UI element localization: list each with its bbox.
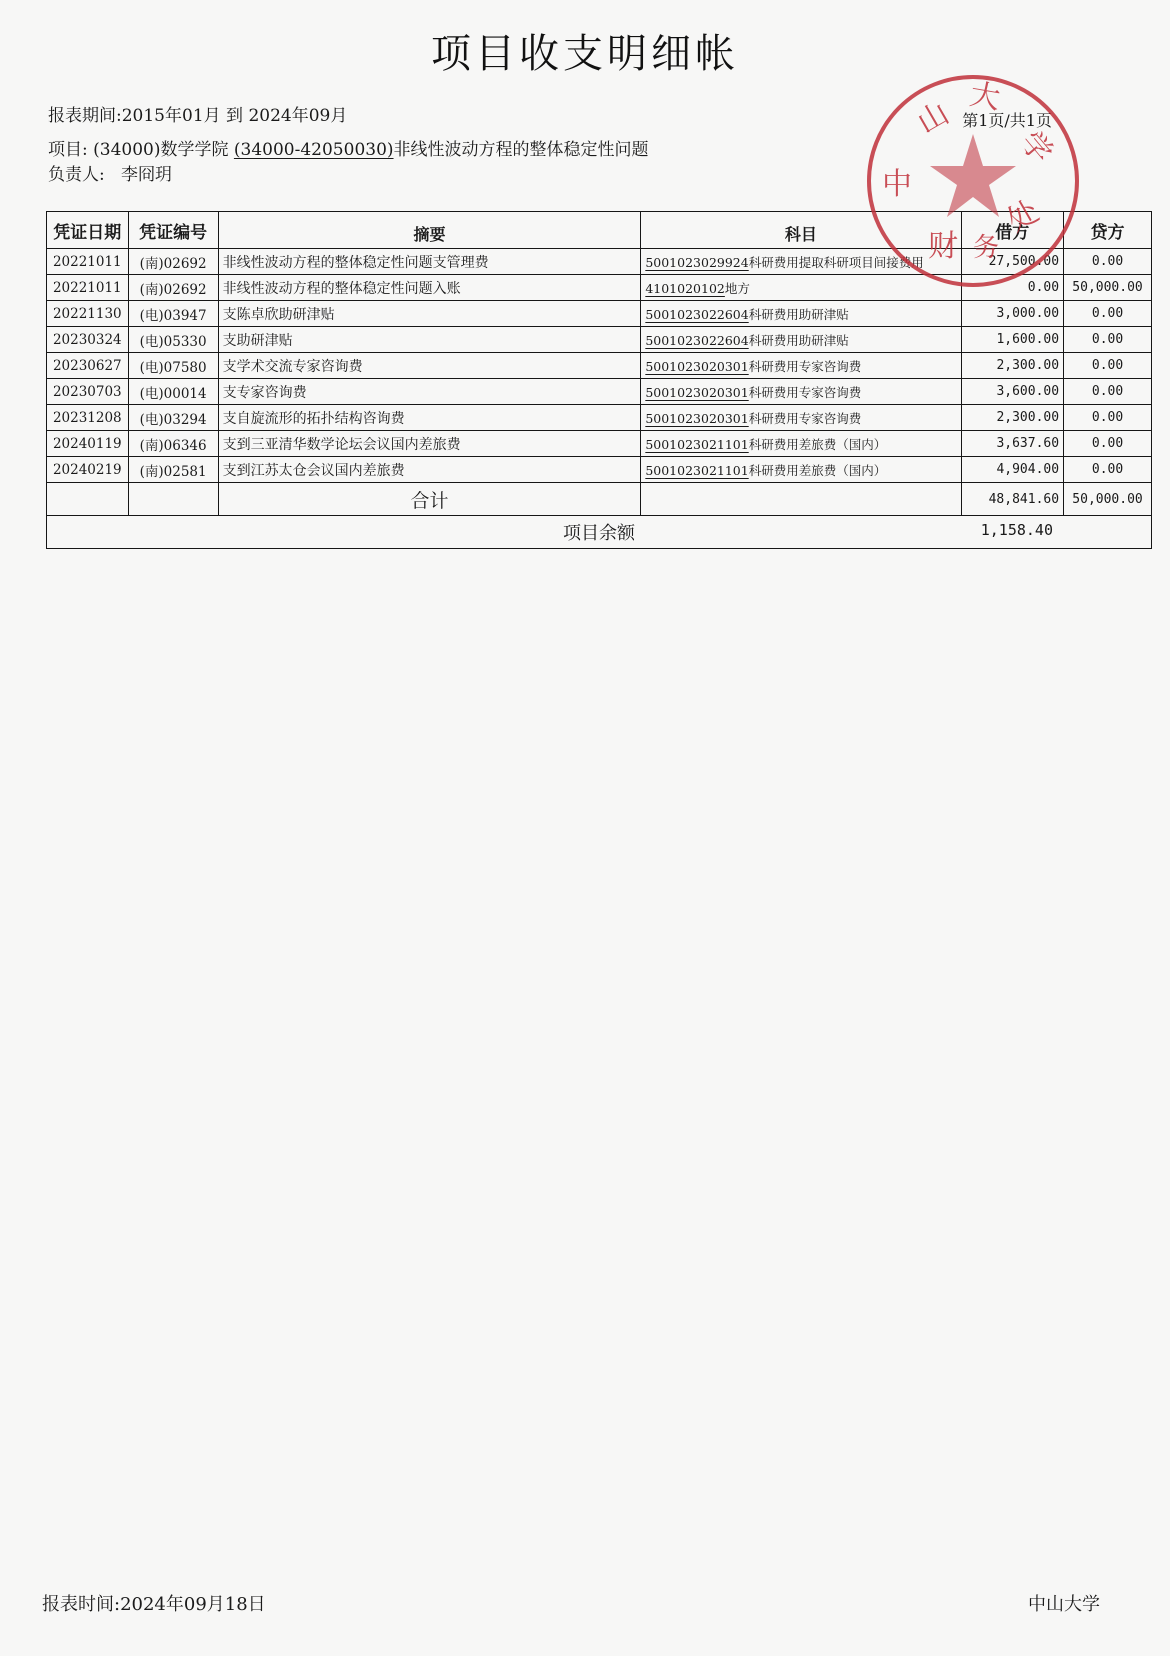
subject-code: 5001023022604 [645,307,748,322]
voucher-date: 20221011 [47,275,129,301]
credit-amount: 0.00 [1064,431,1152,457]
subject-name: 科研费用专家咨询费 [749,385,862,400]
header-voucher-no: 凭证编号 [128,212,218,249]
debit-amount: 3,000.00 [961,301,1064,327]
voucher-number: (南)02692 [128,275,218,301]
summary: 非线性波动方程的整体稳定性问题支管理费 [218,249,641,275]
ledger-body: 20221011(南)02692非线性波动方程的整体稳定性问题支管理费50010… [47,249,1152,483]
period-separator: 到 [226,106,243,126]
project-info: 项目: (34000)数学学院 (34000-42050030)非线性波动方程的… [48,135,649,160]
table-row: 20230324(电)05330支助研津贴5001023022604科研费用助研… [47,327,1152,353]
project-label: 项目: [48,140,88,160]
voucher-number: (电)03947 [128,301,218,327]
subject-code: 4101020102 [645,281,725,296]
svg-text:中: 中 [882,167,912,202]
table-row: 20221011(南)02692非线性波动方程的整体稳定性问题支管理费50010… [47,249,1152,275]
subject-name: 科研费用专家咨询费 [749,411,862,426]
voucher-number: (电)07580 [128,353,218,379]
credit-amount: 0.00 [1064,249,1152,275]
period-label: 报表期间: [48,106,122,126]
voucher-number: (南)02692 [128,249,218,275]
report-period: 报表期间:2015年01月 到 2024年09月 [48,101,347,126]
subject-name: 地方 [725,281,750,296]
period-to: 2024年09月 [248,106,347,126]
summary: 支专家咨询费 [218,379,641,405]
total-label: 合计 [218,483,641,516]
svg-text:山: 山 [912,96,955,141]
voucher-number: (电)03294 [128,405,218,431]
table-row: 20230627(电)07580支学术交流专家咨询费5001023020301科… [47,353,1152,379]
summary: 非线性波动方程的整体稳定性问题入账 [218,275,641,301]
balance-cell: 项目余额 1,158.40 [47,516,1152,549]
subject-code: 5001023021101 [645,463,748,478]
header-summary: 摘要 [218,212,641,249]
subject-code: 5001023029924 [645,255,748,270]
subject: 5001023021101科研费用差旅费（国内） [641,431,961,457]
voucher-number: (南)06346 [128,431,218,457]
subject-code: 5001023022604 [645,333,748,348]
total-empty-date [47,483,129,516]
subject: 5001023022604科研费用助研津贴 [641,327,961,353]
credit-amount: 0.00 [1064,457,1152,483]
total-debit: 48,841.60 [961,483,1064,516]
project-code: (34000-42050030) [234,140,394,160]
subject: 5001023022604科研费用助研津贴 [641,301,961,327]
voucher-date: 20230324 [47,327,129,353]
voucher-date: 20240219 [47,457,129,483]
debit-amount: 2,300.00 [961,353,1064,379]
summary: 支到江苏太仓会议国内差旅费 [218,457,641,483]
total-credit: 50,000.00 [1064,483,1152,516]
voucher-number: (南)02581 [128,457,218,483]
summary: 支到三亚清华数学论坛会议国内差旅费 [218,431,641,457]
debit-amount: 3,637.60 [961,431,1064,457]
header-subject: 科目 [641,212,961,249]
header-date: 凭证日期 [47,212,129,249]
total-empty-voucher [128,483,218,516]
voucher-date: 20230703 [47,379,129,405]
department: (34000)数学学院 [93,140,228,160]
subject-code: 5001023020301 [645,411,748,426]
debit-amount: 1,600.00 [961,327,1064,353]
owner-label: 负责人: [48,165,105,185]
subject: 5001023020301科研费用专家咨询费 [641,379,961,405]
balance-row: 项目余额 1,158.40 [47,516,1152,549]
subject-code: 5001023020301 [645,385,748,400]
header-credit: 贷方 [1064,212,1152,249]
voucher-date: 20230627 [47,353,129,379]
debit-amount: 3,600.00 [961,379,1064,405]
voucher-date: 20221011 [47,249,129,275]
voucher-date: 20240119 [47,431,129,457]
subject: 4101020102地方 [641,275,961,301]
credit-amount: 0.00 [1064,379,1152,405]
subject: 5001023020301科研费用专家咨询费 [641,405,961,431]
summary: 支学术交流专家咨询费 [218,353,641,379]
table-row: 20230703(电)00014支专家咨询费5001023020301科研费用专… [47,379,1152,405]
subject-name: 科研费用差旅费（国内） [749,463,887,478]
owner-name: 李冏玥 [121,165,172,185]
debit-amount: 2,300.00 [961,405,1064,431]
subject: 5001023020301科研费用专家咨询费 [641,353,961,379]
total-empty-subject [641,483,961,516]
subject-name: 科研费用专家咨询费 [749,359,862,374]
credit-amount: 0.00 [1064,405,1152,431]
total-row: 合计 48,841.60 50,000.00 [47,483,1152,516]
project-owner: 负责人: 李冏玥 [48,160,172,185]
table-row: 20221011(南)02692非线性波动方程的整体稳定性问题入账4101020… [47,275,1152,301]
summary: 支陈卓欣助研津贴 [218,301,641,327]
period-from: 2015年01月 [122,106,221,126]
page-info: 第1页/共1页 [962,108,1052,131]
voucher-date: 20231208 [47,405,129,431]
table-row: 20231208(电)03294支自旋流形的拓扑结构咨询费50010230203… [47,405,1152,431]
balance-value: 1,158.40 [981,521,1053,539]
ledger-table: 凭证日期 凭证编号 摘要 科目 借方 贷方 20221011(南)02692非线… [46,211,1152,549]
subject-name: 科研费用差旅费（国内） [749,437,887,452]
subject: 5001023021101科研费用差旅费（国内） [641,457,961,483]
voucher-number: (电)00014 [128,379,218,405]
summary: 支自旋流形的拓扑结构咨询费 [218,405,641,431]
project-name: 非线性波动方程的整体稳定性问题 [394,140,649,160]
table-row: 20221130(电)03947支陈卓欣助研津贴5001023022604科研费… [47,301,1152,327]
credit-amount: 0.00 [1064,327,1152,353]
credit-amount: 50,000.00 [1064,275,1152,301]
subject-code: 5001023020301 [645,359,748,374]
header-debit: 借方 [961,212,1064,249]
subject-name: 科研费用助研津贴 [749,307,849,322]
voucher-date: 20221130 [47,301,129,327]
institution-name: 中山大学 [1028,1590,1100,1616]
subject-name: 科研费用助研津贴 [749,333,849,348]
summary: 支助研津贴 [218,327,641,353]
subject: 5001023029924科研费用提取科研项目间接费用 [641,249,961,275]
credit-amount: 0.00 [1064,301,1152,327]
debit-amount: 27,500.00 [961,249,1064,275]
subject-name: 科研费用提取科研项目间接费用 [749,255,924,270]
subject-code: 5001023021101 [645,437,748,452]
table-header-row: 凭证日期 凭证编号 摘要 科目 借方 贷方 [47,212,1152,249]
table-row: 20240219(南)02581支到江苏太仓会议国内差旅费50010230211… [47,457,1152,483]
voucher-number: (电)05330 [128,327,218,353]
credit-amount: 0.00 [1064,353,1152,379]
table-row: 20240119(南)06346支到三亚清华数学论坛会议国内差旅费5001023… [47,431,1152,457]
document-title: 项目收支明细帐 [0,22,1170,79]
report-time: 报表时间:2024年09月18日 [42,1590,266,1616]
debit-amount: 4,904.00 [961,457,1064,483]
svg-text:学: 学 [1013,125,1059,170]
debit-amount: 0.00 [961,275,1064,301]
